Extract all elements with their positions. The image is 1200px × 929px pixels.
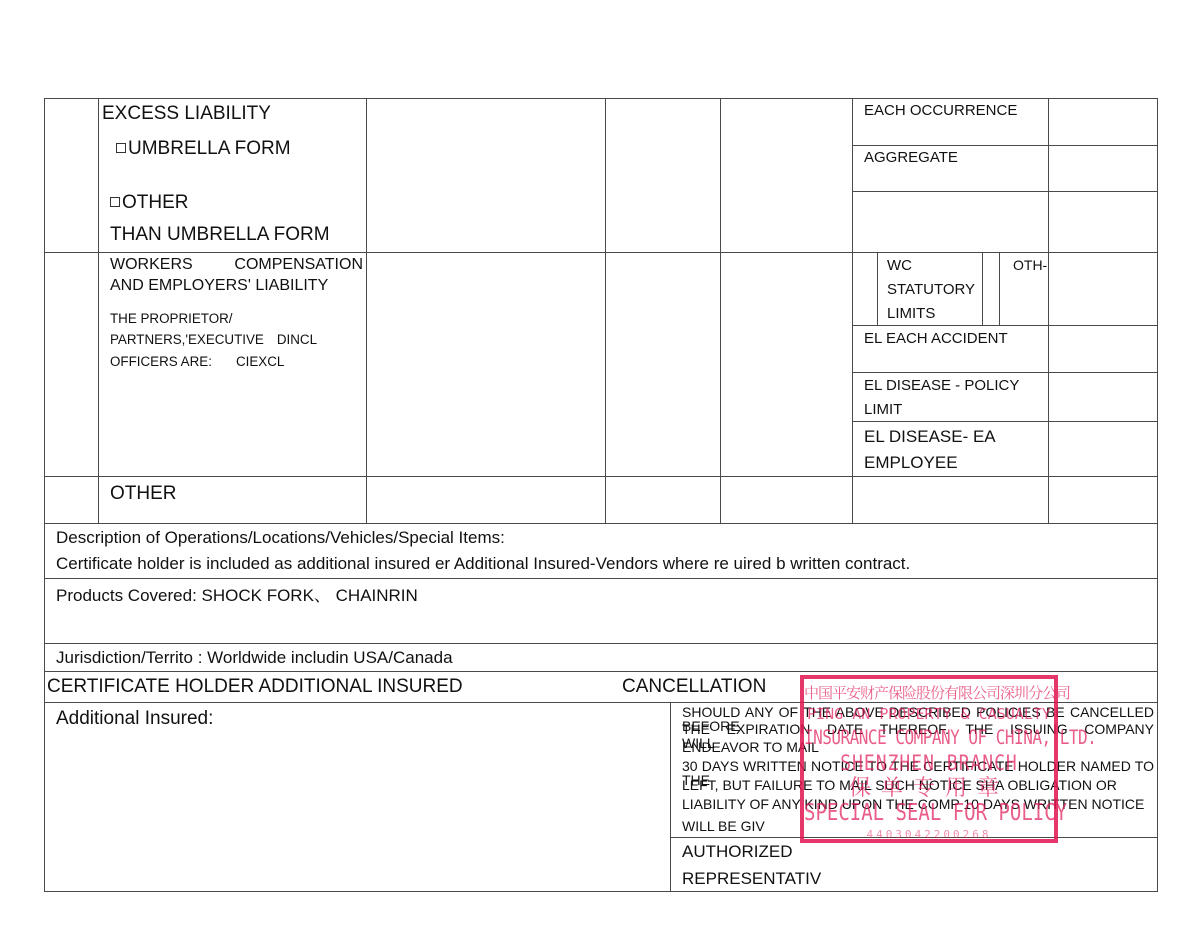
cancellation-line: ENDEAVOR TO MAIL <box>682 740 819 754</box>
el-disease-employee-line1: EL DISEASE- EA <box>864 428 996 445</box>
proprietor-line3: OFFICERS ARE:CIEXCL <box>110 355 284 368</box>
checkbox-icon[interactable] <box>116 143 126 153</box>
el-disease-policy-line2: LIMIT <box>864 402 902 417</box>
cancellation-line: LIABILITY OF ANY KIND UPON THE COMP 10 D… <box>682 797 1144 811</box>
stamp-number: 4403042200268 <box>804 829 1054 840</box>
authorized-representative-line2: REPRESENTATIV <box>682 870 821 887</box>
stamp-chinese-name: 中国平安财产保险股份有限公司深圳分公司 <box>804 686 1054 701</box>
proprietor-line1: THE PROPRIETOR/ <box>110 312 233 325</box>
each-occurrence-label: EACH OCCURRENCE <box>864 103 1017 118</box>
aggregate-label: AGGREGATE <box>864 150 958 165</box>
jurisdiction: Jurisdiction/Territo : Worldwide includi… <box>56 649 453 666</box>
other-than-umbrella-label: THAN UMBRELLA FORM <box>110 225 330 244</box>
other-label: OTHER <box>122 192 189 213</box>
other-row-title: OTHER <box>110 484 177 503</box>
workers-comp-title-line1: WORKERSCOMPENSATION <box>110 257 363 273</box>
el-each-accident-label: EL EACH ACCIDENT <box>864 331 1008 346</box>
cancellation-line: WILL BE GIV <box>682 819 765 833</box>
certificate-holder-heading: CERTIFICATE HOLDER ADDITIONAL INSURED <box>47 677 463 696</box>
el-disease-employee-line2: EMPLOYEE <box>864 454 958 471</box>
checkbox-icon[interactable] <box>110 197 120 207</box>
description-text: Certificate holder is included as additi… <box>56 555 910 572</box>
el-disease-policy-line1: EL DISEASE - POLICY <box>864 378 1019 393</box>
additional-insured-label: Additional Insured: <box>56 709 213 728</box>
cancellation-line: LEFT, BUT FAILURE TO MAIL SUCH NOTICE SH… <box>682 778 1117 792</box>
description-heading: Description of Operations/Locations/Vehi… <box>56 529 505 546</box>
wc-statutory-line3: LIMITS <box>887 306 935 321</box>
authorized-representative-line1: AUTHORIZED <box>682 843 793 860</box>
umbrella-form-option[interactable]: UMBRELLA FORM <box>116 139 291 158</box>
other-than-umbrella-option[interactable]: OTHER <box>110 193 189 212</box>
cancellation-heading: CANCELLATION <box>622 677 766 696</box>
workers-comp-title-line2: AND EMPLOYERS' LIABILITY <box>110 278 328 294</box>
umbrella-form-label: UMBRELLA FORM <box>128 138 291 159</box>
oth-label: OTH- <box>1013 258 1047 272</box>
wc-statutory-line2: STATUTORY <box>887 282 975 297</box>
products-covered: Products Covered: SHOCK FORK、 CHAINRIN <box>56 587 418 604</box>
proprietor-line2: PARTNERS,'EXECUTIVEDINCL <box>110 333 317 346</box>
excess-liability-title: EXCESS LIABILITY <box>102 104 271 123</box>
wc-statutory-line1: WC <box>887 258 912 273</box>
